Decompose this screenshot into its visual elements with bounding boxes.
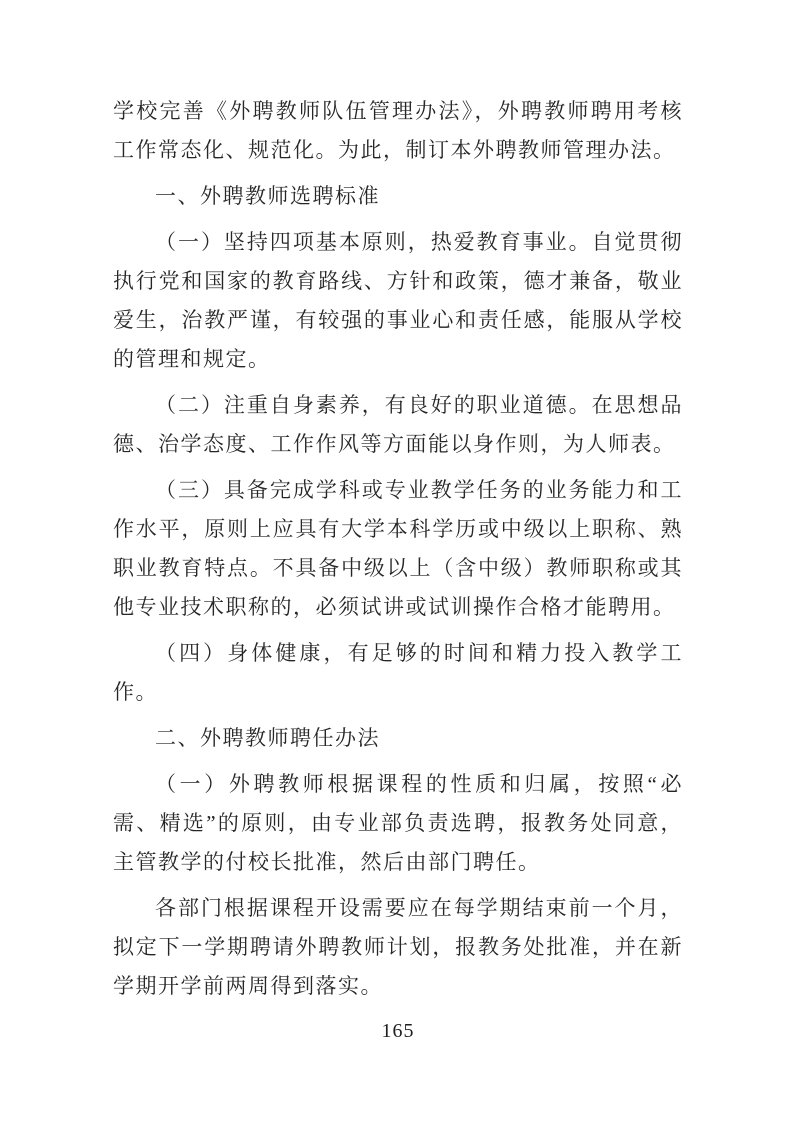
body-paragraph-item-1-1: （一）坚持四项基本原则，热爱教育事业。自觉贯彻执行党和国家的教育路线、方针和政策… xyxy=(113,223,683,379)
section-heading-1: 一、外聘教师选聘标准 xyxy=(113,177,683,216)
document-page: 学校完善《外聘教师队伍管理办法》，外聘教师聘用考核工作常态化、规范化。为此，制订… xyxy=(0,0,793,1122)
body-paragraph-item-2-2: 各部门根据课程开设需要应在每学期结束前一个月，拟定下一学期聘请外聘教师计划，报教… xyxy=(113,889,683,1006)
page-number: 165 xyxy=(113,1020,683,1043)
body-paragraph-item-2-1: （一）外聘教师根据课程的性质和归属，按照“必需、精选”的原则，由专业部负责选聘，… xyxy=(113,765,683,882)
body-paragraph-item-1-4: （四）身体健康，有足够的时间和精力投入教学工作。 xyxy=(113,634,683,712)
body-paragraph-item-1-3: （三）具备完成学科或专业教学任务的业务能力和工作水平，原则上应具有大学本科学历或… xyxy=(113,471,683,627)
body-paragraph-item-1-2: （二）注重自身素养，有良好的职业道德。在思想品德、治学态度、工作作风等方面能以身… xyxy=(113,386,683,464)
section-heading-2: 二、外聘教师聘任办法 xyxy=(113,719,683,758)
body-paragraph-continuation: 学校完善《外聘教师队伍管理办法》，外聘教师聘用考核工作常态化、规范化。为此，制订… xyxy=(113,92,683,170)
